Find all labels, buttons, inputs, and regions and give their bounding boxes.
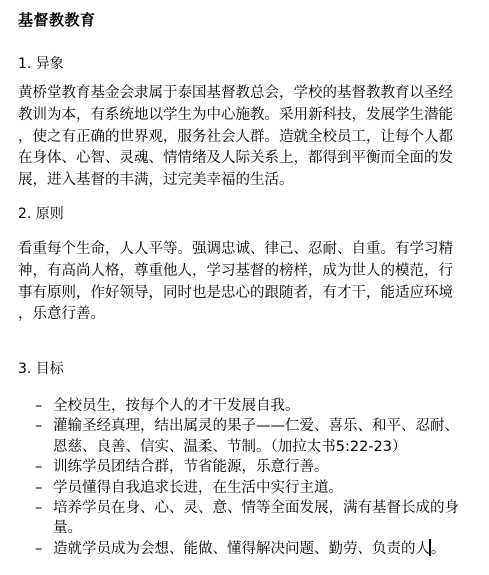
document-title: 基督教教育: [18, 10, 96, 30]
section-heading-goals: 3. 目标: [18, 359, 64, 379]
bullet-dash-icon: –: [35, 478, 45, 498]
bullet-dash-icon: –: [35, 396, 45, 416]
list-item-text: 灌输圣经真理，结出属灵的果子——仁爱、喜乐、和平、忍耐、: [53, 416, 489, 436]
paragraph-line: 在身体、心智、灵魂、情情绪及人际关系上，都得到平衡而全面的发: [18, 148, 478, 170]
paragraph-line: 黄桥堂教育基金会隶属于泰国基督教总会，学校的基督教教育以圣经: [18, 83, 478, 105]
list-item-text: 训练学员团结合群，节省能源，乐意行善。: [53, 457, 489, 477]
bullet-dash-icon: –: [35, 416, 45, 436]
list-item: – 全校员生，按每个人的才干发展自我。: [0, 396, 489, 416]
section-heading-principles: 2. 原则: [18, 204, 64, 224]
list-item: – 训练学员团结合群，节省能源，乐意行善。: [0, 457, 489, 477]
paragraph-line: 教训为本，有系统地以学生为中心施教。采用新科技，发展学生潜能: [18, 105, 478, 127]
list-item-text: 学员懂得自我追求长进，在生活中实行主道。: [53, 478, 489, 498]
bullet-dash-icon: –: [35, 457, 45, 477]
bullet-dash-icon: –: [35, 498, 45, 518]
paragraph-line: 看重每个生命，人人平等。强调忠诚、律己、忍耐、自重。有学习精: [18, 239, 478, 261]
list-item-text[interactable]: 造就学员成为会想、能做、懂得解决问题、勤劳、负责的人。: [53, 539, 489, 559]
section-heading-vision: 1. 异象: [18, 54, 64, 74]
list-item-text-continued: 量。: [53, 518, 489, 538]
paragraph-line: 展，进入基督的丰满，过完美幸福的生活。: [18, 170, 478, 192]
paragraph-line: 神，有高尚人格，尊重他人，学习基督的榜样，成为世人的模范，行: [18, 261, 478, 283]
list-item-text: 全校员生，按每个人的才干发展自我。: [53, 396, 489, 416]
list-item: – 造就学员成为会想、能做、懂得解决问题、勤劳、负责的人。: [0, 539, 489, 559]
paragraph-line: ，使之有正确的世界观，服务社会人群。造就全校员工，让每个人都: [18, 127, 478, 149]
document-page[interactable]: 基督教教育 1. 异象 黄桥堂教育基金会隶属于泰国基督教总会，学校的基督教教育以…: [0, 0, 489, 575]
list-item: – 学员懂得自我追求长进，在生活中实行主道。: [0, 478, 489, 498]
goals-list: – 全校员生，按每个人的才干发展自我。 – 灌输圣经真理，结出属灵的果子——仁爱…: [0, 396, 489, 559]
paragraph-line: 事有原则，作好领导，同时也是忠心的跟随者，有才干，能适应环境: [18, 283, 478, 305]
paragraph-line: ，乐意行善。: [18, 304, 478, 326]
section-paragraph-vision: 黄桥堂教育基金会隶属于泰国基督教总会，学校的基督教教育以圣经 教训为本，有系统地…: [18, 83, 478, 192]
bullet-dash-icon: –: [35, 539, 45, 559]
list-item-text-before-caret: 造就学员成为会想、能做、懂得解决问题、勤劳、负责的人: [53, 541, 430, 557]
list-item: – 培养学员在身、心、灵、意、情等全面发展，满有基督长成的身 量。: [0, 498, 489, 539]
list-item-text: 培养学员在身、心、灵、意、情等全面发展，满有基督长成的身: [53, 498, 489, 518]
list-item-text-continued: 恩慈、良善、信实、温柔、节制。（加拉太书5:22-23）: [53, 437, 489, 457]
list-item-text-after-caret: 。: [431, 541, 446, 557]
section-paragraph-principles: 看重每个生命，人人平等。强调忠诚、律己、忍耐、自重。有学习精 神，有高尚人格，尊…: [18, 239, 478, 326]
list-item: – 灌输圣经真理，结出属灵的果子——仁爱、喜乐、和平、忍耐、 恩慈、良善、信实、…: [0, 416, 489, 457]
